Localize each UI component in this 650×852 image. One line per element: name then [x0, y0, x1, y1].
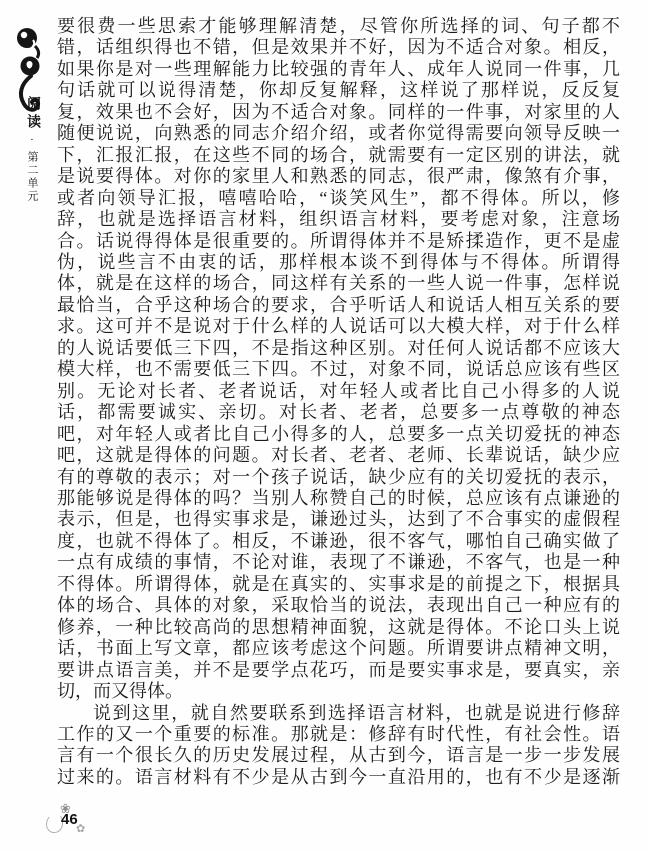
text-line: 随便说说，向熟悉的同志介绍介绍，或者你觉得需要向领导反映一: [57, 123, 620, 144]
text-line: 的人说话要低三下四，不是指这种区别。对任何人说话都不应该大: [57, 338, 620, 359]
text-line: 吧，对年轻人或者比自己小得多的人，总要多一点关切爱抚的神态: [57, 424, 620, 445]
text-line: 体的场合、具体的对象，采取恰当的说法，表现出自己一种应有的: [57, 595, 620, 616]
book-page: 阅读·第二单元 要很费一些思索才能够理解清楚，尽管你所选择的词、句子都不错，话组…: [0, 0, 650, 852]
sidebar: 阅读·第二单元: [0, 0, 55, 852]
text-line: 错，话组织得也不错，但是效果并不好，因为不适合对象。相反，: [57, 37, 620, 58]
text-line: 是说要得体。对你的家里人和熟悉的同志，很严肃，像煞有介事，: [57, 166, 620, 187]
section-label-primary: 阅读: [25, 96, 40, 132]
page-footer: ❀ 46 ✿: [30, 804, 120, 848]
text-line: 切，而又得体。: [57, 681, 620, 702]
section-label: 阅读·第二单元: [22, 96, 42, 203]
text-line: 伪，说些言不由衷的话，那样根本谈不到得体与不得体。所谓得: [57, 252, 620, 273]
text-line: 不得体。所谓得体，就是在真实的、实事求是的前提之下，根据具: [57, 574, 620, 595]
text-line: 别。无论对长者、老者说话，对年轻人或者比自己小得多的人说: [57, 381, 620, 402]
text-line: 表示，但是，也得实事求是，谦逊过头，达到了不合事实的虚假程: [57, 509, 620, 530]
text-line: 模大样，也不需要低三下四。不过，对象不同，说话总应该有些区: [57, 359, 620, 380]
flower-ornament-icon: ✿: [76, 824, 85, 835]
text-line: 言有一个很长久的历史发展过程，从古到今，语言是一步一步发展: [57, 745, 620, 766]
text-line: 话，都需要诚实、亲切。对长者、老者，总要多一点尊敬的神态: [57, 402, 620, 423]
text-line: 要讲点语言美，并不是要学点花巧，而是要实事求是，要真实，亲: [57, 660, 620, 681]
text-line: 话，书面上写文章，都应该考虑这个问题。所谓要讲点精神文明，: [57, 638, 620, 659]
text-line: 句话就可以说得清楚，你却反复解释，这样说了那样说，反反复: [57, 80, 620, 101]
text-line: 要很费一些思索才能够理解清楚，尽管你所选择的词、句子都不: [57, 16, 620, 37]
text-line: 过来的。语言材料有不少是从古到今一直沿用的，也有不少是逐渐: [57, 767, 620, 788]
section-label-separator: ·: [26, 134, 38, 149]
text-line: 说到这里，就自然要联系到选择语言材料，也就是说进行修辞: [57, 703, 620, 724]
text-line: 求。这可并不是说对于什么样的人说话可以大模大样，对于什么样: [57, 316, 620, 337]
text-line: 修养，一种比较高尚的思想精神面貌，这就是得体。不论口头上说: [57, 617, 620, 638]
text-line: 那能够说是得体的吗？当别人称赞自己的时候，总应该有点谦逊的: [57, 488, 620, 509]
text-line: 最恰当，合乎这种场合的要求，合乎听话人和说话人相互关系的要: [57, 295, 620, 316]
text-line: 体，就是在这样的场合，同这样有关系的一些人说一件事，怎样说: [57, 273, 620, 294]
text-line: 有的尊敬的表示；对一个孩子说话，缺少应有的关切爱抚的表示，: [57, 467, 620, 488]
text-line: 如果你是对一些理解能力比较强的青年人、成年人说同一件事，几: [57, 59, 620, 80]
section-label-secondary: 第二单元: [26, 151, 38, 203]
text-line: 吧，这就是得体的问题。对长者、老者、老师、长辈说话，缺少应: [57, 445, 620, 466]
text-line: 下，汇报汇报，在这些不同的场合，就需要有一定区别的讲法，就: [57, 145, 620, 166]
body-text: 要很费一些思索才能够理解清楚，尽管你所选择的词、句子都不错，话组织得也不错，但是…: [57, 16, 620, 788]
text-line: 一点有成绩的事情，不论对谁，表现了不谦逊，不客气，也是一种: [57, 552, 620, 573]
text-line: 合。话说得得体是很重要的。所谓得体并不是矫揉造作，更不是虚: [57, 231, 620, 252]
text-line: 度，也就不得体了。相反，不谦逊，很不客气，哪怕自己确实做了: [57, 531, 620, 552]
text-line: 或者向领导汇报，嘻嘻哈哈，“谈笑风生”，都不得体。所以，修: [57, 188, 620, 209]
text-line: 工作的又一个重要的标准。那就是：修辞有时代性，有社会性。语: [57, 724, 620, 745]
text-line: 辞，也就是选择语言材料，组织语言材料，要考虑对象，注意场: [57, 209, 620, 230]
text-line: 复，效果也不会好，因为不适合对象。同样的一件事，对家里的人: [57, 102, 620, 123]
